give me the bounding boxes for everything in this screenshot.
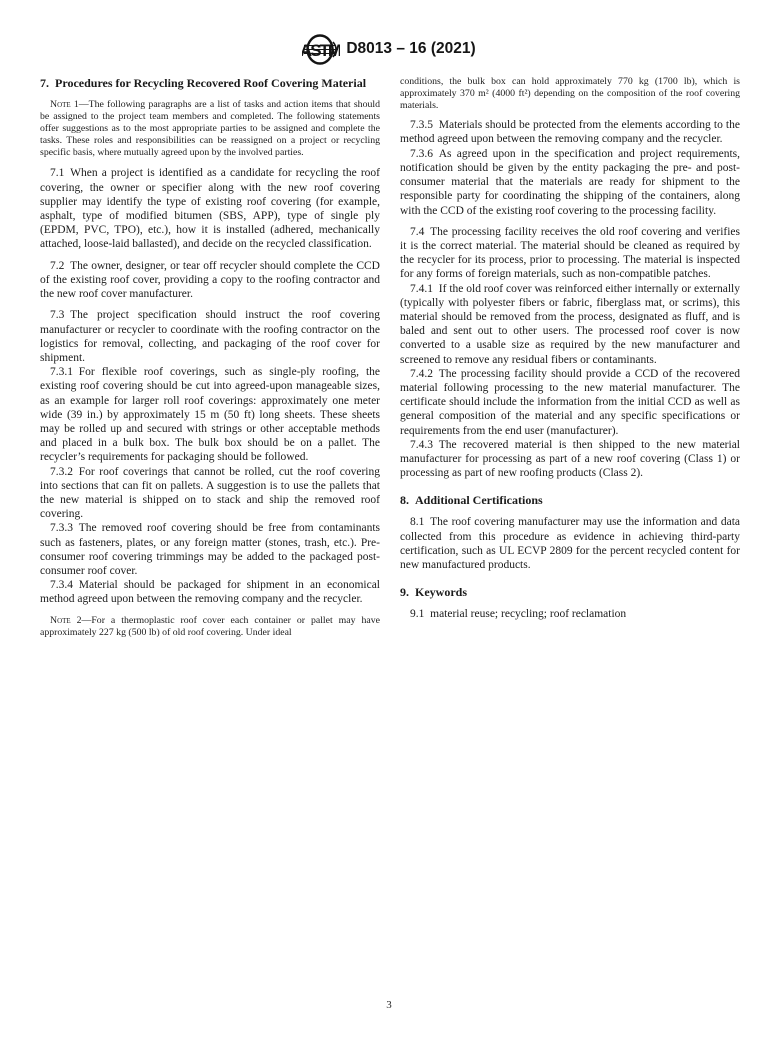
section-heading: 7. Procedures for Recycling Recovered Ro… xyxy=(40,76,380,91)
paragraph: 7.3 The project specification should ins… xyxy=(40,308,380,365)
standard-designation: D8013 – 16 (2021) xyxy=(346,40,475,58)
note-paragraph: Note 2—For a thermoplastic roof cover ea… xyxy=(40,615,380,639)
paragraph: 7.3.1 For flexible roof coverings, such … xyxy=(40,365,380,464)
paragraph: 7.3.2 For roof coverings that cannot be … xyxy=(40,465,380,522)
note-continuation: conditions, the bulk box can hold approx… xyxy=(400,76,740,112)
section-heading: 9. Keywords xyxy=(400,585,740,600)
page-header: ASTM D8013 – 16 (2021) xyxy=(0,31,778,67)
astm-logo-icon: ASTM xyxy=(302,33,340,66)
paragraph: 7.4 The processing facility receives the… xyxy=(400,225,740,282)
paragraph: 7.4.1 If the old roof cover was reinforc… xyxy=(400,282,740,367)
two-column-body: 7. Procedures for Recycling Recovered Ro… xyxy=(40,76,740,645)
note-label: Note 2 xyxy=(50,615,82,626)
note-paragraph: Note 1—The following paragraphs are a li… xyxy=(40,99,380,159)
paragraph: 8.1 The roof covering manufacturer may u… xyxy=(400,515,740,572)
paragraph: 7.4.3 The recovered material is then shi… xyxy=(400,438,740,481)
paragraph: 7.3.6 As agreed upon in the specificatio… xyxy=(400,147,740,218)
paragraph: 7.4.2 The processing facility should pro… xyxy=(400,367,740,438)
left-column: 7. Procedures for Recycling Recovered Ro… xyxy=(40,76,380,645)
paragraph: 7.3.3 The removed roof covering should b… xyxy=(40,521,380,578)
paragraph: 7.3.5 Materials should be protected from… xyxy=(400,118,740,146)
paragraph: 9.1 material reuse; recycling; roof recl… xyxy=(400,607,740,621)
paragraph: 7.2 The owner, designer, or tear off rec… xyxy=(40,259,380,302)
page-number: 3 xyxy=(0,999,778,1011)
right-column: conditions, the bulk box can hold approx… xyxy=(400,76,740,645)
section-heading: 8. Additional Certifications xyxy=(400,493,740,508)
note-label: Note 1 xyxy=(50,99,79,110)
paragraph: 7.1 When a project is identified as a ca… xyxy=(40,166,380,251)
paragraph: 7.3.4 Material should be packaged for sh… xyxy=(40,578,380,606)
